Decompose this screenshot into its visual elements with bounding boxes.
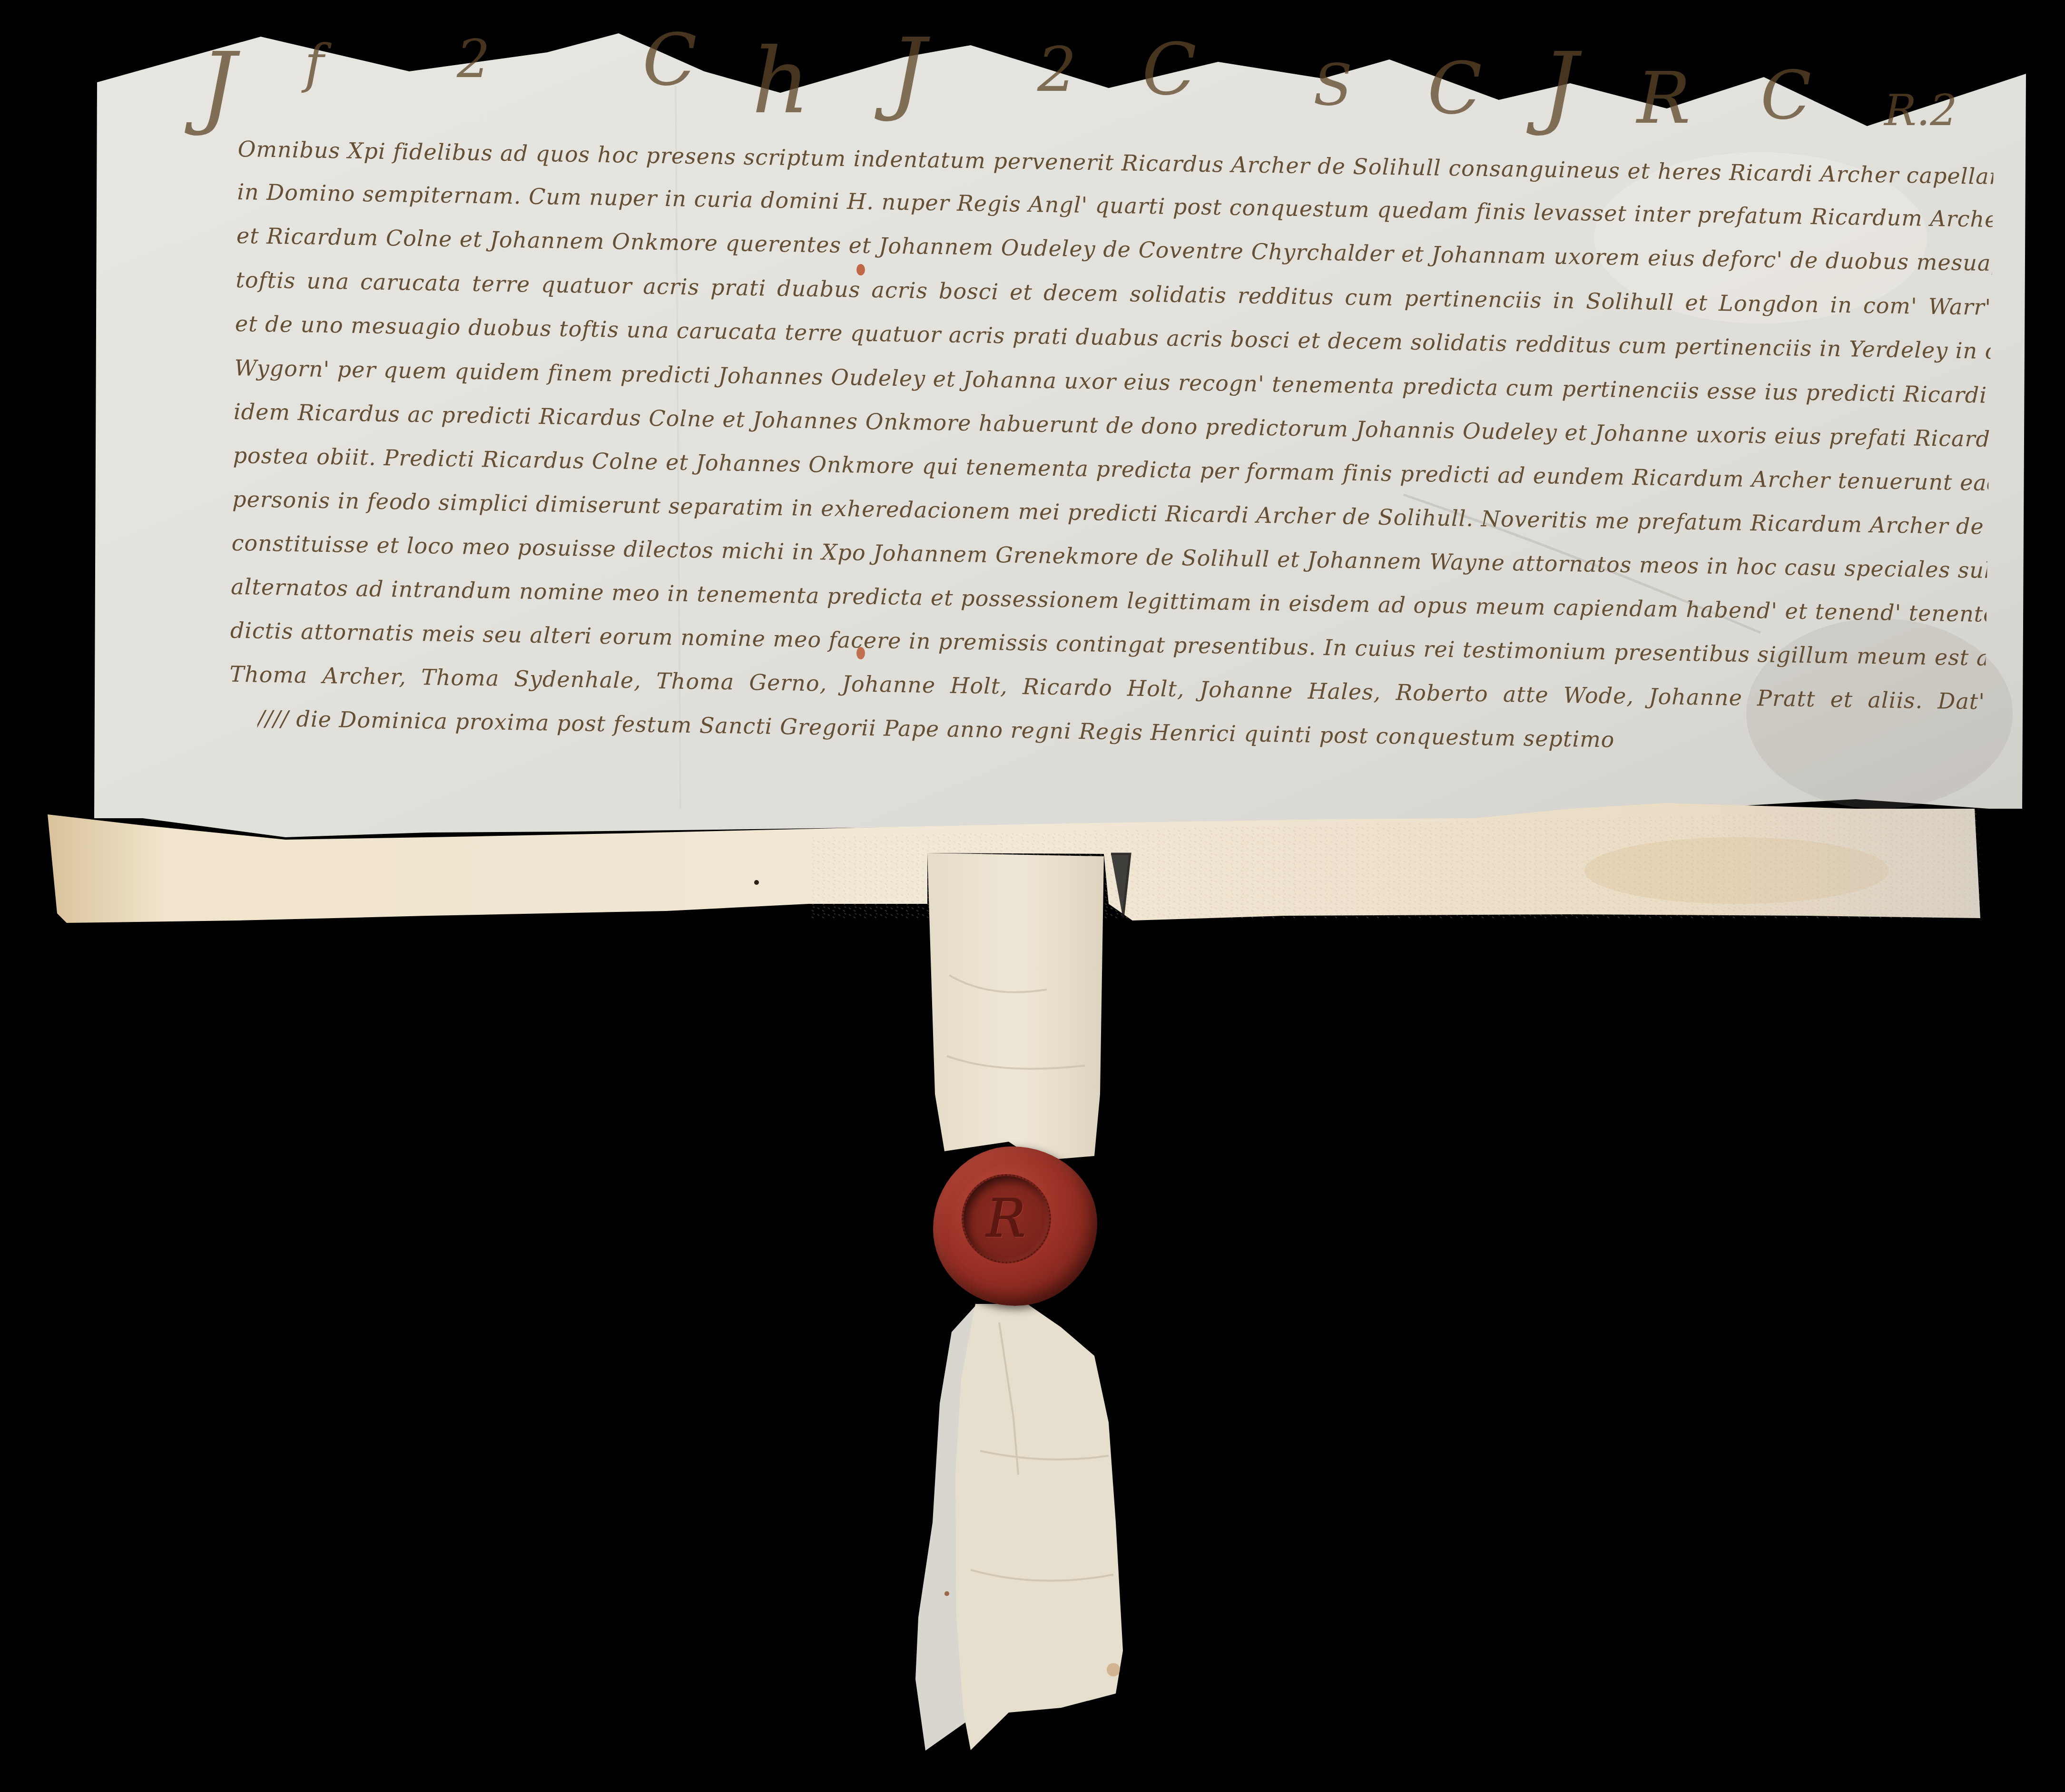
seal-impression: R [962,1174,1051,1263]
red-ink-dot [856,264,865,275]
seal-letter-device: R [964,1176,1049,1262]
seal-tag-tail-front [955,1304,1123,1750]
photograph-background: J f 2 C h J 2 C S C J R C R.2 Omnibus Xp… [0,0,2065,1792]
manuscript-text: Omnibus Xpi fidelibus ad quos hoc presen… [0,0,2065,980]
red-ink-dot [856,647,865,659]
wax-seal: R [933,1146,1097,1306]
